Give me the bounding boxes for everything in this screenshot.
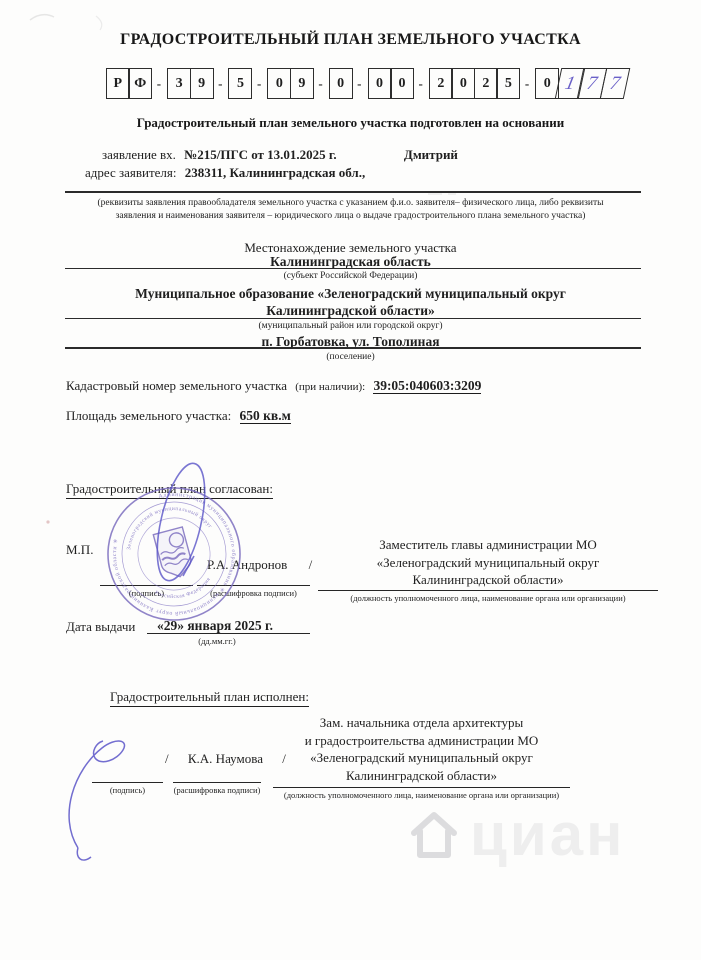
code-cell: 9 xyxy=(290,68,314,99)
applicant-name: Дмитрий xyxy=(404,147,458,162)
code-cell: 5 xyxy=(496,68,520,99)
code-dash: - xyxy=(318,76,322,92)
code-cell: 2 xyxy=(474,68,498,99)
document-page: ГРАДОСТРОИТЕЛЬНЫЙ ПЛАН ЗЕМЕЛЬНОГО УЧАСТК… xyxy=(0,0,701,960)
executor-signature-ink xyxy=(52,716,182,866)
name-line xyxy=(173,782,261,783)
underline xyxy=(65,347,641,349)
seal-place-abbr: М.П. xyxy=(66,542,93,558)
cadastral-number-line: Кадастровый номер земельного участка (пр… xyxy=(66,378,481,394)
location-settlement-caption: (поселение) xyxy=(0,352,701,362)
code-cell: 0 xyxy=(390,68,414,99)
approver-position: Заместитель главы администрации МО «Зеле… xyxy=(318,536,658,589)
executor-position: Зам. начальника отдела архитектуры и гра… xyxy=(273,714,570,784)
basis-caption-line1: (реквизиты заявления правообладателя зем… xyxy=(0,198,701,208)
document-title: ГРАДОСТРОИТЕЛЬНЫЙ ПЛАН ЗЕМЕЛЬНОГО УЧАСТК… xyxy=(0,31,701,49)
code-dash: - xyxy=(218,76,222,92)
code-cell: 0 xyxy=(451,68,475,99)
area-value: 650 кв.м xyxy=(240,408,291,424)
address-value: 238311, Калининградская обл., xyxy=(185,165,365,180)
code-cell: 0 xyxy=(368,68,392,99)
location-municipality-caption: (муниципальный район или городской округ… xyxy=(0,321,701,331)
code-cell: 0 xyxy=(329,68,353,99)
cadastral-note: (при наличии): xyxy=(295,381,365,393)
address-prefix: адрес заявителя: xyxy=(85,165,177,180)
area-label: Площадь земельного участка: xyxy=(66,408,231,423)
code-cell: 0 xyxy=(267,68,291,99)
code-group: 0 xyxy=(329,68,352,99)
code-group: РФ xyxy=(106,68,151,99)
position-line xyxy=(273,787,570,788)
location-municipality: Муниципальное образование «Зеленоградски… xyxy=(0,285,701,319)
code-cell: 2 xyxy=(429,68,453,99)
application-prefix: заявление вх. xyxy=(102,147,176,162)
code-cell: Р xyxy=(106,68,130,99)
basis-heading: Градостроительный план земельного участк… xyxy=(0,115,701,131)
code-group: 5 xyxy=(228,68,251,99)
approver-signature-ink xyxy=(128,450,238,590)
position-caption: (должность уполномоченного лица, наимено… xyxy=(318,593,658,603)
date-caption: (дд.мм.гг.) xyxy=(147,636,287,646)
code-group: 09 xyxy=(267,68,312,99)
area-line: Площадь земельного участка: 650 кв.м xyxy=(66,408,291,424)
code-cell: 5 xyxy=(228,68,252,99)
code-group: 2025 xyxy=(429,68,519,99)
executor-name-line: / К.А. Наумова / xyxy=(165,751,286,767)
code-group: 00 xyxy=(368,68,413,99)
location-region-caption: (субъект Российской Федерации) xyxy=(0,271,701,281)
code-dash: - xyxy=(419,76,423,92)
cadastral-label: Кадастровый номер земельного участка xyxy=(66,378,287,393)
code-group: 39 xyxy=(167,68,212,99)
executor-name: К.А. Наумова xyxy=(188,751,263,766)
date-line xyxy=(147,633,310,634)
code-dash: - xyxy=(357,76,361,92)
code-group: 0177 xyxy=(535,68,625,99)
applicant-address-line: адрес заявителя: 238311, Калининградская… xyxy=(85,165,365,181)
basis-caption-line2: заявления и наименования заявителя – юри… xyxy=(0,211,701,221)
position-caption: (должность уполномоченного лица, наимено… xyxy=(273,790,570,800)
gpzu-number-boxes: РФ-39-5-09-0-00-2025-0177 xyxy=(30,68,701,99)
cadastral-value: 39:05:040603:3209 xyxy=(373,378,481,394)
code-cell: 3 xyxy=(167,68,191,99)
underline xyxy=(65,191,641,193)
execution-heading: Градостроительный план исполнен: xyxy=(110,689,309,707)
code-cell: 9 xyxy=(190,68,214,99)
slash: / xyxy=(282,751,286,766)
code-dash: - xyxy=(157,76,161,92)
application-number: №215/ПГС от 13.01.2025 г. xyxy=(184,147,336,162)
code-dash: - xyxy=(525,76,529,92)
application-line: заявление вх. №215/ПГС от 13.01.2025 г. … xyxy=(102,147,458,163)
watermark: циан xyxy=(408,800,625,869)
code-dash: - xyxy=(257,76,261,92)
watermark-text: циан xyxy=(470,800,625,869)
underline xyxy=(65,268,641,269)
watermark-house-icon xyxy=(408,809,460,861)
code-cell: Ф xyxy=(128,68,152,99)
position-line xyxy=(318,590,658,591)
slash: / xyxy=(309,557,313,572)
underline xyxy=(65,318,641,319)
